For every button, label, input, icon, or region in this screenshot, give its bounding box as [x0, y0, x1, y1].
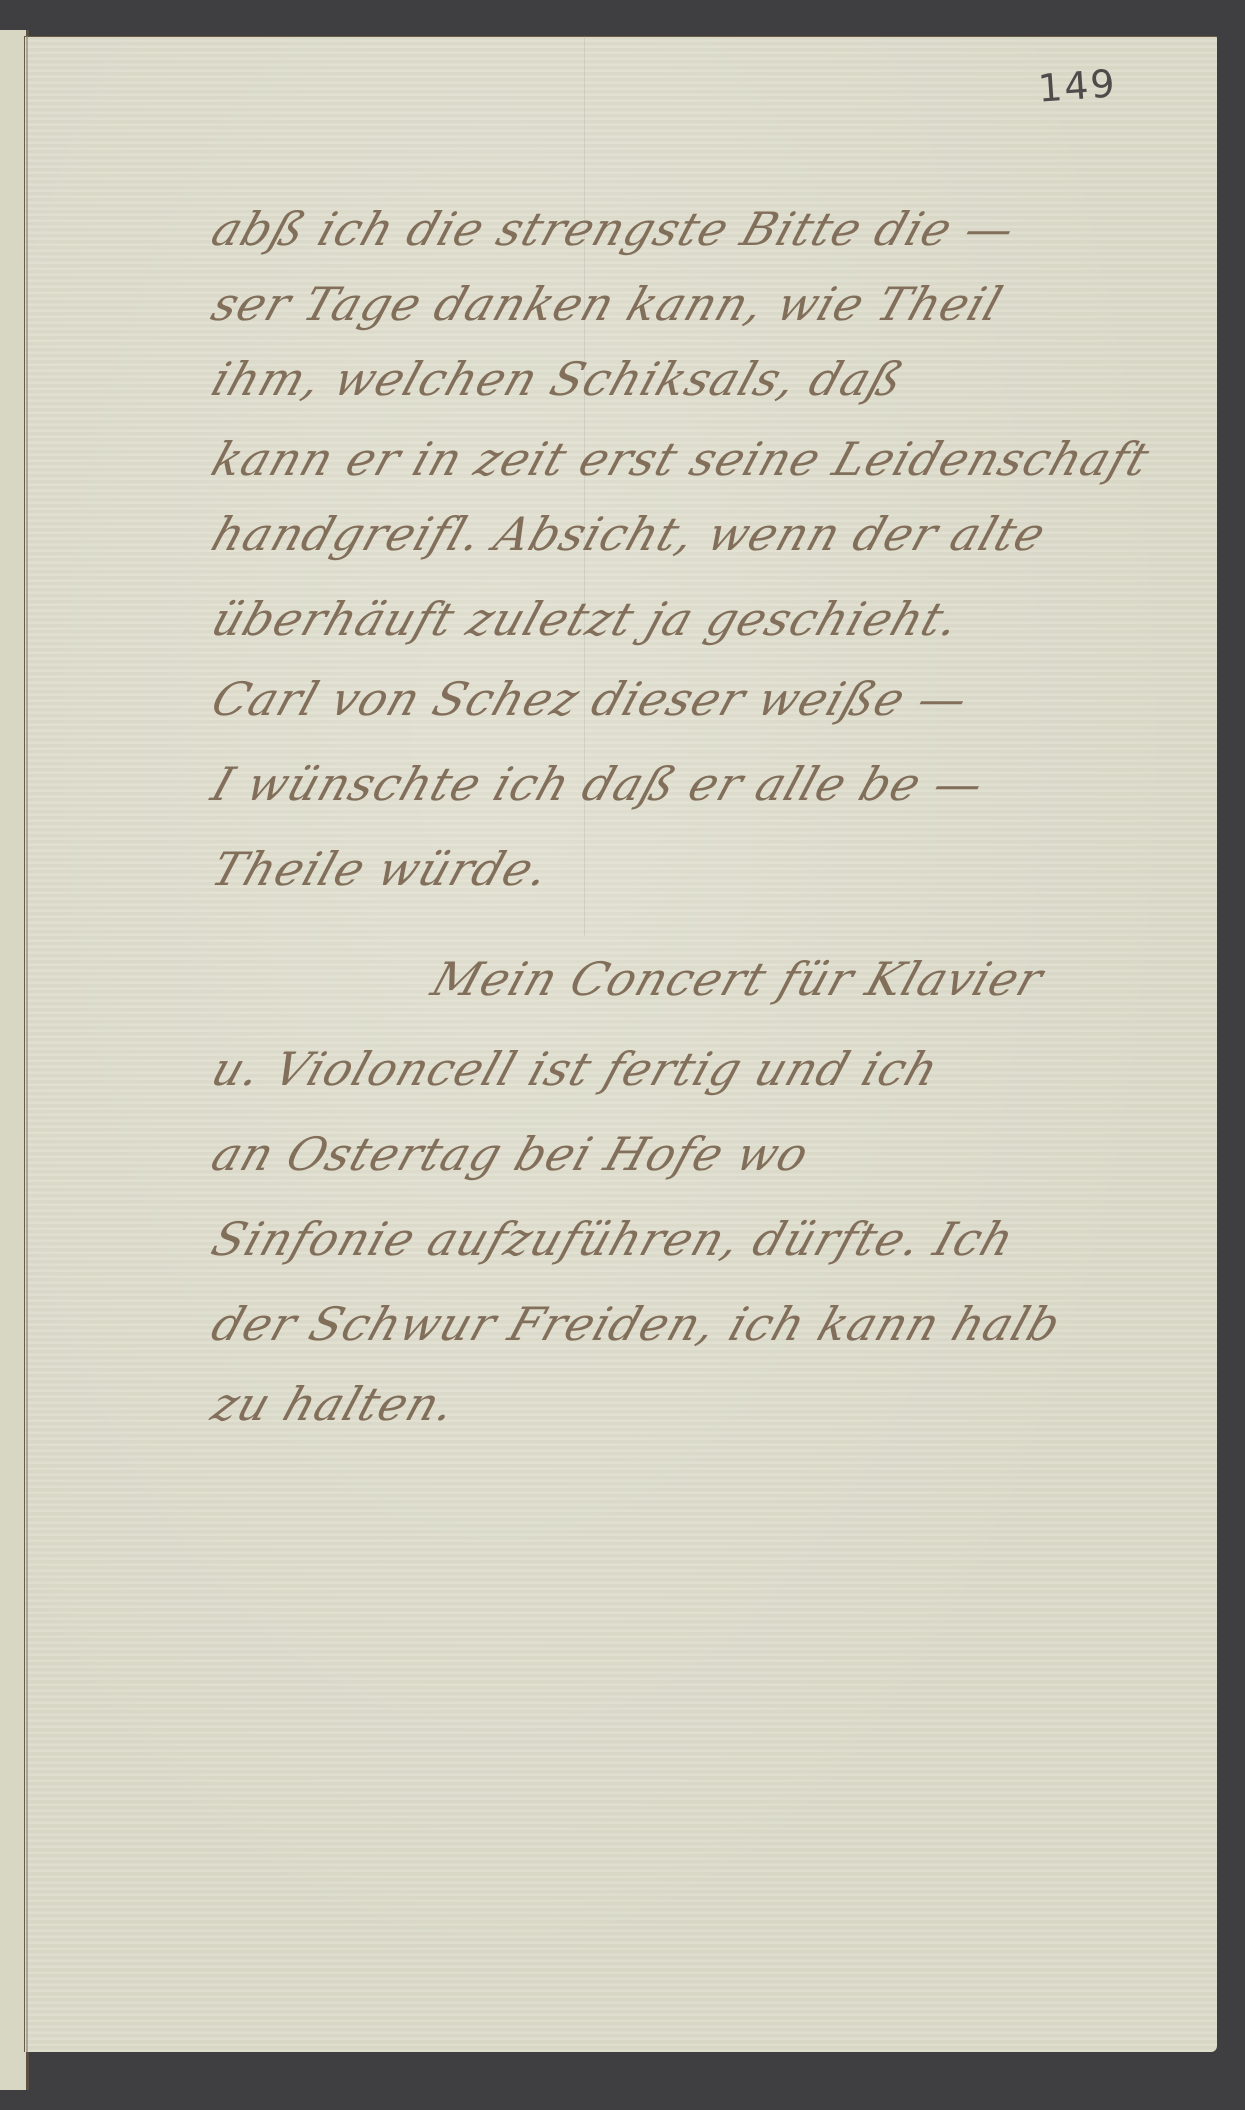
handwritten-line: Theile würde.	[207, 846, 1122, 892]
folio-number: 149	[1037, 61, 1118, 110]
handwritten-line: an Ostertag bei Hofe wo	[207, 1131, 1122, 1177]
handwritten-line: zu halten.	[207, 1381, 1122, 1427]
binding-fold	[26, 36, 28, 2052]
handwritten-line-with-underline: Sinfonie aufzuführen, dürfte. Ich	[207, 1216, 1122, 1262]
handwritten-line: der Schwur Freiden, ich kann halb	[207, 1301, 1122, 1347]
handwritten-line: überhäuft zuletzt ja geschieht.	[207, 596, 1122, 642]
handwritten-line: Carl von Schez dieser weiße —	[207, 676, 1122, 722]
handwritten-line: abß ich die strengste Bitte die —	[207, 206, 1122, 252]
handwritten-line: handgreifl. Absicht, wenn der alte	[207, 511, 1122, 557]
handwritten-line: I wünschte ich daß er alle be —	[207, 761, 1122, 807]
handwritten-line: ihm, welchen Schiksals, daß	[207, 356, 1122, 402]
handwritten-line-indented: Mein Concert für Klavier	[427, 956, 1245, 1002]
handwritten-line: ser Tage danken kann, wie Theil	[207, 281, 1122, 327]
manuscript-page: 149 abß ich die strengste Bitte die — se…	[24, 36, 1217, 2052]
handwritten-line: kann er in zeit erst seine Leidenschaft	[207, 436, 1122, 482]
handwritten-line: u. Violoncell ist fertig und ich	[207, 1046, 1122, 1092]
